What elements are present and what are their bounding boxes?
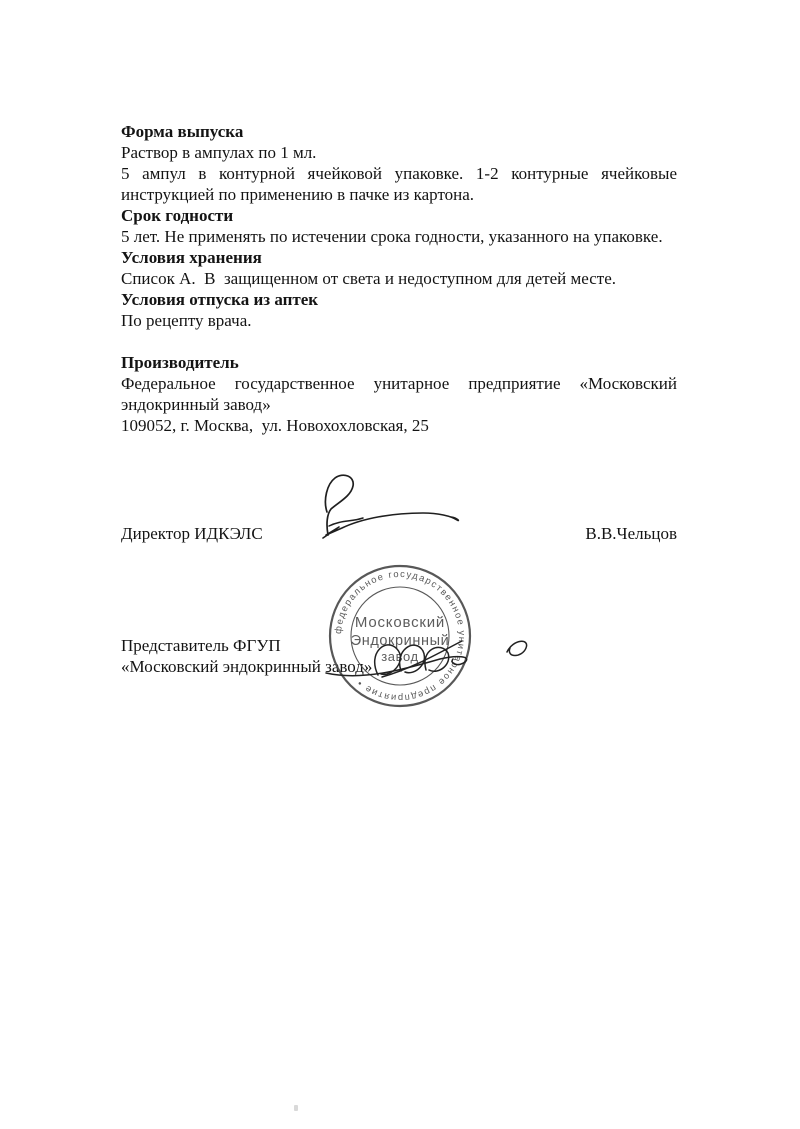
representative-signature — [322, 628, 547, 686]
director-name: В.В.Чельцов — [585, 523, 677, 544]
director-signature-dash — [323, 513, 458, 538]
text-storage: Список А. В защищенном от света и недост… — [121, 268, 677, 289]
text-dispensing: По рецепту врача. — [121, 310, 677, 331]
director-signature — [293, 466, 473, 551]
text-manufacturer-2: эндокринный завод» — [121, 394, 677, 415]
text-shelf-life: 5 лет. Не применять по истечении срока г… — [121, 226, 677, 247]
heading-release-form: Форма выпуска — [121, 121, 677, 142]
text-release-form-2: 5 ампул в контурной ячейковой упаковке. … — [121, 163, 677, 184]
rep-signature-flourish — [507, 641, 527, 655]
heading-manufacturer: Производитель — [121, 352, 677, 373]
text-release-form-3: инструкцией по применению в пачке из кар… — [121, 184, 677, 205]
heading-storage: Условия хранения — [121, 247, 677, 268]
paragraph-gap — [121, 331, 677, 352]
text-release-form-1: Раствор в ампулах по 1 мл. — [121, 142, 677, 163]
text-manufacturer-address: 109052, г. Москва, ул. Новохохловская, 2… — [121, 415, 677, 436]
scan-artifact-speck — [294, 1105, 298, 1111]
scanned-document-page: Форма выпуска Раствор в ампулах по 1 мл.… — [0, 0, 800, 1129]
heading-shelf-life: Срок годности — [121, 205, 677, 226]
director-label: Директор ИДКЭЛС — [121, 523, 263, 544]
heading-dispensing: Условия отпуска из аптек — [121, 289, 677, 310]
text-manufacturer-1: Федеральное государственное унитарное пр… — [121, 373, 677, 394]
